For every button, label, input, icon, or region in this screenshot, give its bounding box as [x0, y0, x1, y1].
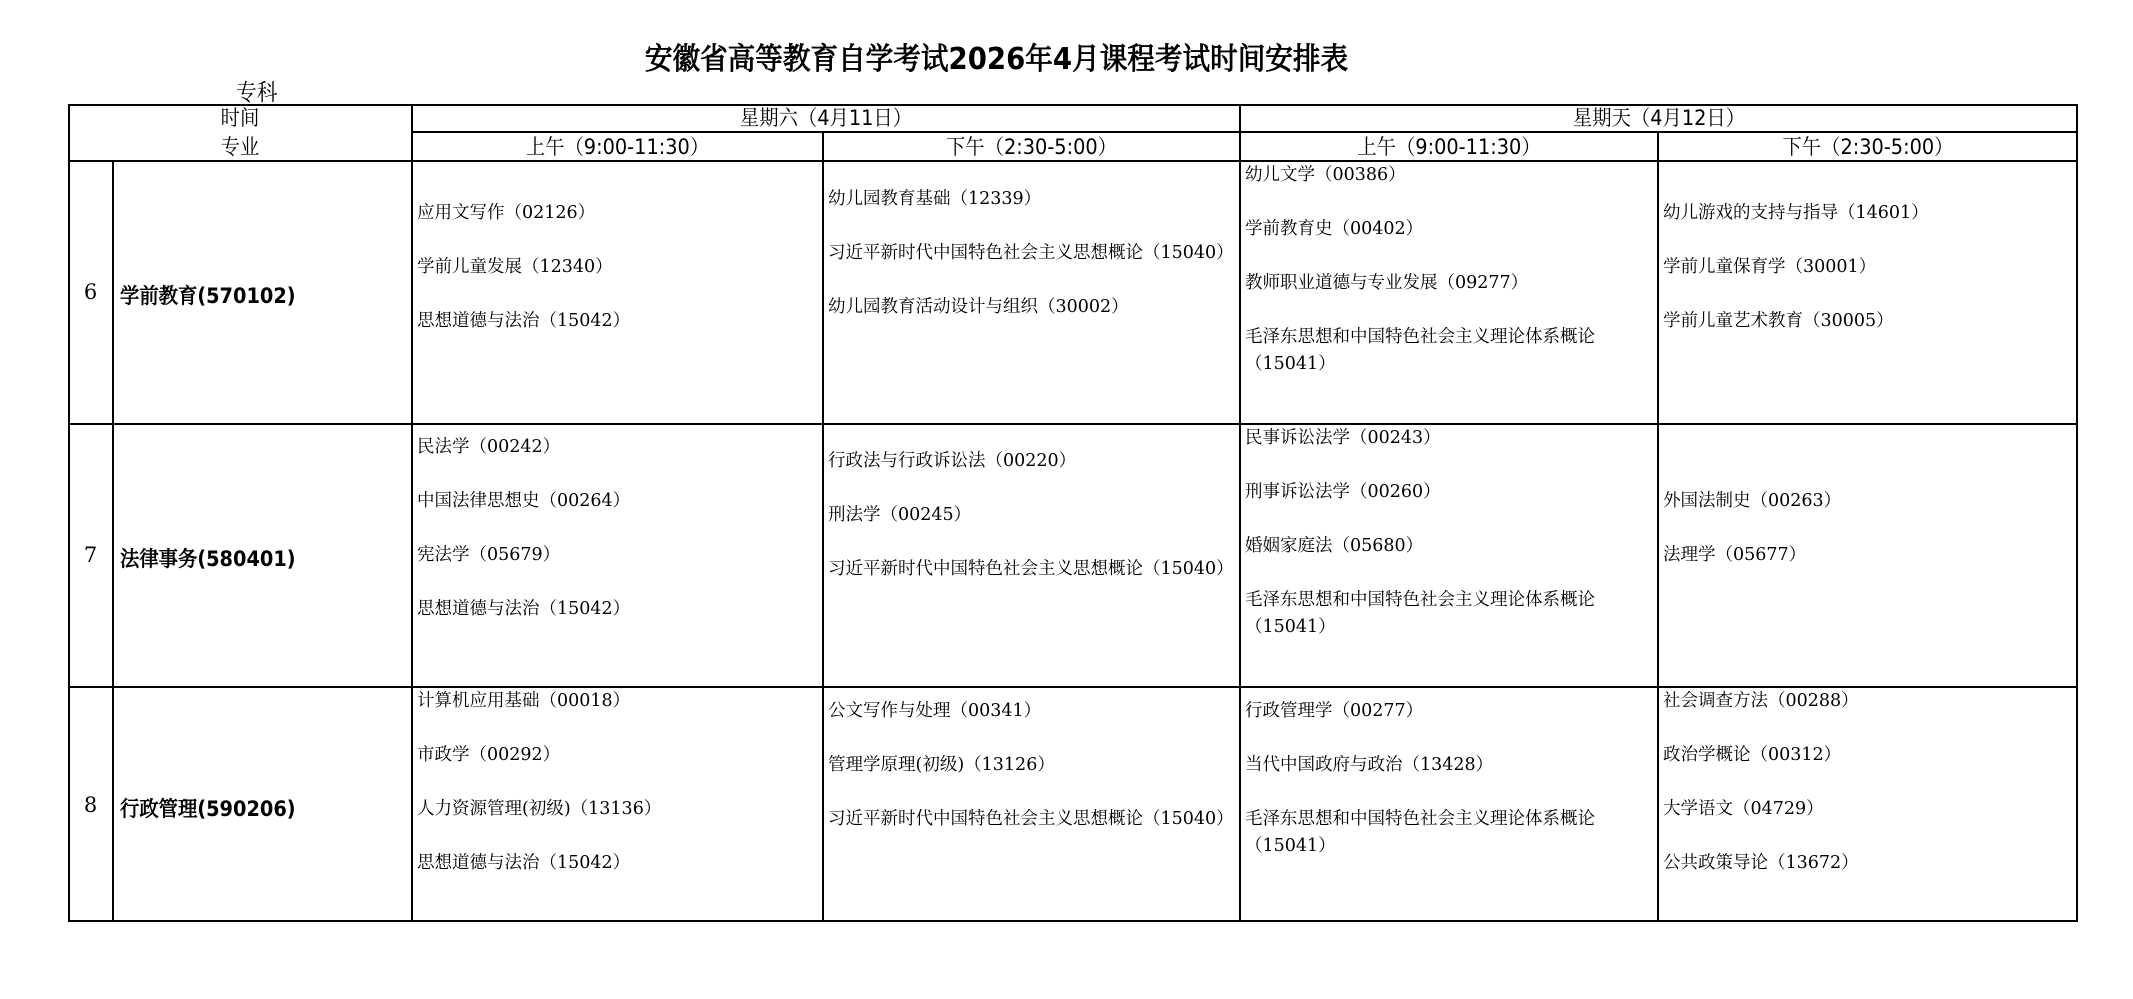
course-item: 学前儿童发展（12340）	[417, 254, 817, 281]
course-item: 刑法学（00245）	[828, 502, 1234, 529]
course-cell: 幼儿园教育基础（12339） 习近平新时代中国特色社会主义思想概论（15040）…	[828, 186, 1234, 348]
course-item: 毛泽东思想和中国特色社会主义理论体系概论（15041）	[1245, 324, 1651, 378]
course-item: 习近平新时代中国特色社会主义思想概论（15040）	[828, 806, 1234, 833]
sunday-session-divider	[1657, 131, 1659, 922]
header-bottom-line	[68, 160, 2078, 162]
page-title: 安徽省高等教育自学考试2026年4月课程考试时间安排表	[15, 34, 1977, 78]
course-cell: 幼儿文学（00386） 学前教育史（00402） 教师职业道德与专业发展（092…	[1245, 162, 1651, 405]
course-cell: 应用文写作（02126） 学前儿童发展（12340） 思想道德与法治（15042…	[417, 200, 817, 362]
course-item: 习近平新时代中国特色社会主义思想概论（15040）	[828, 556, 1234, 583]
course-item: 教师职业道德与专业发展（09277）	[1245, 270, 1651, 297]
course-item: 民法学（00242）	[417, 434, 817, 461]
course-item: 学前教育史（00402）	[1245, 216, 1651, 243]
course-item: 学前儿童保育学（30001）	[1663, 254, 2073, 281]
course-item: 宪法学（05679）	[417, 542, 817, 569]
course-cell: 行政管理学（00277） 当代中国政府与政治（13428） 毛泽东思想和中国特色…	[1245, 698, 1651, 887]
day-header-saturday: 星期六（4月11日）	[445, 105, 1207, 131]
course-item: 大学语文（04729）	[1663, 796, 2073, 823]
course-item: 当代中国政府与政治（13428）	[1245, 752, 1651, 779]
row-divider-line	[68, 423, 2078, 425]
header-corner-time: 时间	[82, 105, 398, 131]
course-item: 思想道德与法治（15042）	[417, 308, 817, 335]
course-item: 法理学（05677）	[1663, 542, 2073, 569]
course-item: 刑事诉讼法学（00260）	[1245, 479, 1651, 506]
course-cell: 民法学（00242） 中国法律思想史（00264） 宪法学（05679） 思想道…	[417, 434, 817, 650]
course-item: 思想道德与法治（15042）	[417, 596, 817, 623]
day-header-sunday: 星期天（4月12日）	[1274, 105, 2045, 131]
course-item: 公共政策导论（13672）	[1663, 850, 2073, 877]
course-item: 行政法与行政诉讼法（00220）	[828, 448, 1234, 475]
session-header-sun-morning: 上午（9:00-11:30）	[1257, 134, 1642, 160]
session-header-sat-morning: 上午（9:00-11:30）	[428, 134, 806, 160]
course-item: 管理学原理(初级)（13126）	[828, 752, 1234, 779]
course-item: 毛泽东思想和中国特色社会主义理论体系概论（15041）	[1245, 587, 1651, 641]
major-name: 行政管理(590206)	[120, 793, 296, 823]
course-item: 行政管理学（00277）	[1245, 698, 1651, 725]
course-cell: 外国法制史（00263） 法理学（05677）	[1663, 488, 2073, 596]
saturday-session-divider	[822, 131, 824, 922]
course-item: 计算机应用基础（00018）	[417, 688, 817, 715]
header-corner-major: 专业	[82, 134, 398, 160]
course-item: 应用文写作（02126）	[417, 200, 817, 227]
course-item: 中国法律思想史（00264）	[417, 488, 817, 515]
session-header-sun-afternoon: 下午（2:30-5:00）	[1675, 134, 2061, 160]
course-cell: 计算机应用基础（00018） 市政学（00292） 人力资源管理(初级)（131…	[417, 688, 817, 904]
course-item: 幼儿园教育活动设计与组织（30002）	[828, 294, 1234, 321]
course-item: 人力资源管理(初级)（13136）	[417, 796, 817, 823]
course-item: 政治学概论（00312）	[1663, 742, 2073, 769]
course-item: 幼儿文学（00386）	[1245, 162, 1651, 189]
course-item: 外国法制史（00263）	[1663, 488, 2073, 515]
course-item: 思想道德与法治（15042）	[417, 850, 817, 877]
course-item: 公文写作与处理（00341）	[828, 698, 1234, 725]
row-number: 8	[68, 793, 113, 817]
major-name: 法律事务(580401)	[120, 543, 296, 573]
education-level-label: 专科	[236, 74, 277, 107]
course-cell: 社会调查方法（00288） 政治学概论（00312） 大学语文（04729） 公…	[1663, 688, 2073, 904]
major-column-divider	[411, 104, 413, 922]
major-name: 学前教育(570102)	[120, 280, 296, 310]
course-item: 婚姻家庭法（05680）	[1245, 533, 1651, 560]
course-item: 社会调查方法（00288）	[1663, 688, 2073, 715]
course-cell: 公文写作与处理（00341） 管理学原理(初级)（13126） 习近平新时代中国…	[828, 698, 1234, 860]
session-header-sat-afternoon: 下午（2:30-5:00）	[840, 134, 1224, 160]
course-cell: 行政法与行政诉讼法（00220） 刑法学（00245） 习近平新时代中国特色社会…	[828, 448, 1234, 610]
header-divider-line	[412, 131, 2078, 133]
course-item: 幼儿园教育基础（12339）	[828, 186, 1234, 213]
course-item: 幼儿游戏的支持与指导（14601）	[1663, 200, 2073, 227]
course-item: 习近平新时代中国特色社会主义思想概论（15040）	[828, 240, 1234, 267]
course-item: 市政学（00292）	[417, 742, 817, 769]
course-item: 学前儿童艺术教育（30005）	[1663, 308, 2073, 335]
course-cell: 幼儿游戏的支持与指导（14601） 学前儿童保育学（30001） 学前儿童艺术教…	[1663, 200, 2073, 362]
course-item: 民事诉讼法学（00243）	[1245, 425, 1651, 452]
course-cell: 民事诉讼法学（00243） 刑事诉讼法学（00260） 婚姻家庭法（05680）…	[1245, 425, 1651, 668]
row-number: 7	[68, 543, 113, 567]
row-number: 6	[68, 280, 113, 304]
day-divider	[1239, 104, 1241, 922]
course-item: 毛泽东思想和中国特色社会主义理论体系概论（15041）	[1245, 806, 1651, 860]
